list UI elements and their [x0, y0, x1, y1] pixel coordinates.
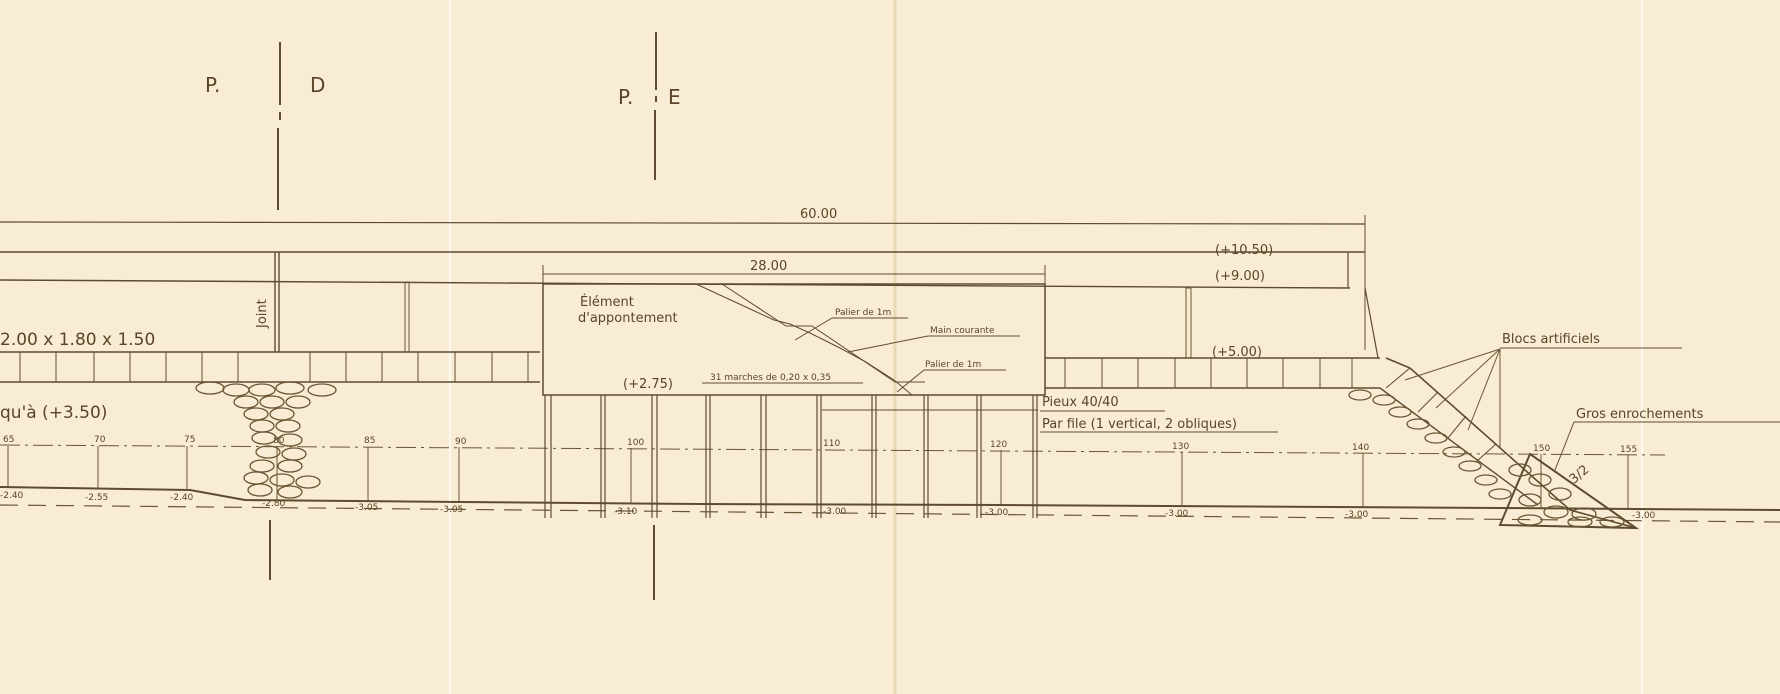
block-size-label: 2.00 x 1.80 x 1.50 — [0, 330, 155, 350]
drawing-label: -3.00 — [823, 507, 847, 517]
drawing-label: -2.55 — [85, 493, 108, 503]
dim-overall: 60.00 — [800, 207, 837, 222]
drawing-label: -3.00 — [1345, 510, 1369, 520]
rubble-mound-left — [196, 382, 336, 498]
elev-platform: (+5.00) — [1212, 345, 1262, 360]
drawing-label: -3.10 — [614, 507, 638, 517]
handrail-label: Main courante — [930, 326, 995, 336]
drawing-label: 120 — [990, 440, 1007, 450]
drawing-label: 100 — [627, 438, 644, 448]
dim-element: 28.00 — [750, 259, 787, 274]
section-label-e: E — [668, 85, 681, 109]
section-label-p2: P. — [618, 85, 633, 109]
station-labels: 65 70 75 80 85 90 100 110 120 130 140 15… — [3, 435, 1637, 455]
drawing-label: 85 — [364, 436, 375, 446]
drawing-label: -3.00 — [985, 508, 1009, 518]
block-row-left — [0, 352, 540, 382]
drawing-label: 150 — [1533, 444, 1550, 454]
left-elevation-note: qu'à (+3.50) — [0, 403, 107, 423]
engineering-drawing: P. D P. E 60.00 (+10.50) (+9.00) Joint 2… — [0, 0, 1780, 694]
element-title-1: Élément — [580, 294, 634, 310]
berthing-element: 28.00 Élément d'appontement Palier de 1m… — [543, 259, 1045, 395]
drawing-label: -3.00 — [1165, 509, 1189, 519]
wharf-section-drawing: P. D P. E 60.00 (+10.50) (+9.00) Joint 2… — [0, 0, 1780, 694]
landing-label-2: Palier de 1m — [925, 360, 981, 370]
landing-label-1: Palier de 1m — [835, 308, 891, 318]
elev-top-deck: (+10.50) — [1215, 243, 1273, 258]
element-title-2: d'appontement — [578, 311, 678, 326]
piles-label-1: Pieux 40/40 — [1042, 395, 1119, 410]
drawing-label: 130 — [1172, 442, 1189, 452]
elev-deck: (+9.00) — [1215, 269, 1265, 284]
drawing-label: -2.40 — [0, 491, 24, 501]
breakwater-slope — [1349, 358, 1636, 528]
drawing-label: -2.80 — [262, 499, 286, 509]
drawing-label: 155 — [1620, 445, 1637, 455]
drawing-label: 80 — [273, 436, 285, 446]
slope-ratio-label: 3/2 — [1567, 462, 1593, 487]
drawing-label: 70 — [94, 435, 106, 445]
depth-labels: -2.40 -2.55 -2.40 -2.80 -3.05 -3.05 -3.1… — [0, 491, 1656, 521]
drawing-label: 65 — [3, 435, 14, 445]
drawing-label: -3.05 — [440, 505, 463, 515]
piles-label-2: Par file (1 vertical, 2 obliques) — [1042, 417, 1237, 432]
block-row-right — [1045, 358, 1380, 388]
drawing-label: 75 — [184, 435, 195, 445]
artificial-blocks-label: Blocs artificiels — [1502, 332, 1600, 347]
joint-label: Joint — [255, 299, 270, 329]
piles — [545, 395, 1037, 518]
drawing-label: -3.05 — [355, 503, 378, 513]
steps-label: 31 marches de 0,20 x 0,35 — [710, 373, 831, 383]
riprap-label: Gros enrochements — [1576, 407, 1704, 422]
section-label-p1: P. — [205, 73, 220, 97]
drawing-label: 90 — [455, 437, 467, 447]
drawing-label: 140 — [1352, 443, 1369, 453]
drawing-label: -2.40 — [170, 493, 194, 503]
section-label-d: D — [310, 73, 325, 97]
drawing-label: 110 — [823, 439, 840, 449]
drawing-label: -3.00 — [1632, 511, 1656, 521]
elev-element-base: (+2.75) — [623, 377, 673, 392]
